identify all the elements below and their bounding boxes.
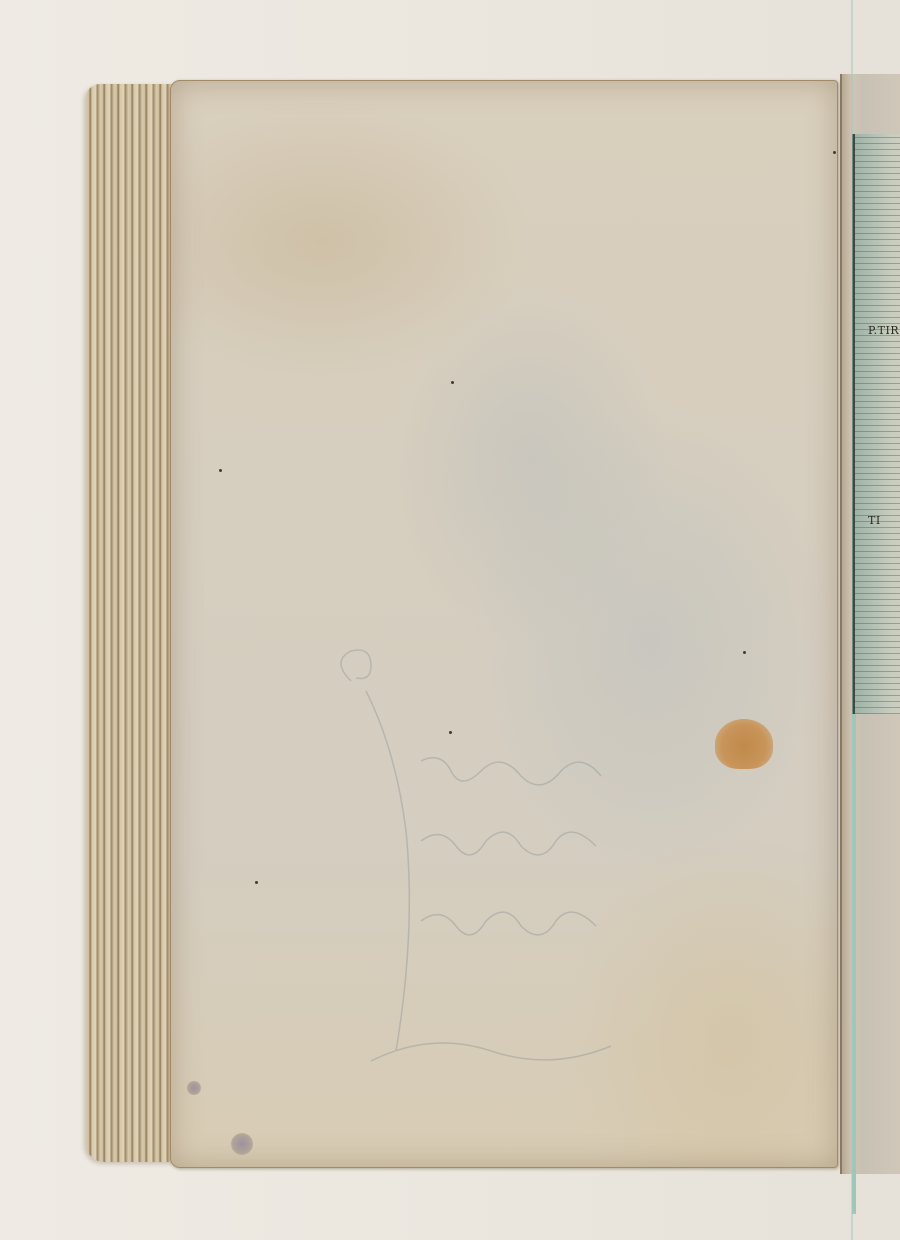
facing-page: P.TIR TI — [840, 74, 900, 1174]
facing-text-fragment: TI — [868, 514, 881, 527]
blank-verso-page — [170, 80, 838, 1168]
page-fore-edge-stack — [86, 84, 182, 1162]
water-stain — [715, 719, 773, 769]
speck — [219, 469, 222, 472]
corner-stain — [187, 1081, 201, 1095]
book-photo: P.TIR TI — [0, 0, 900, 1240]
speck — [451, 381, 454, 384]
speck — [833, 151, 836, 154]
show-through-illustration — [311, 641, 731, 1101]
speck — [743, 651, 746, 654]
facing-text-fragment: P.TIR — [868, 324, 899, 337]
facing-engraving — [852, 134, 900, 714]
corner-stain — [231, 1133, 253, 1155]
speck — [255, 881, 258, 884]
glass-plate-edge — [851, 0, 853, 1240]
speck — [449, 731, 452, 734]
